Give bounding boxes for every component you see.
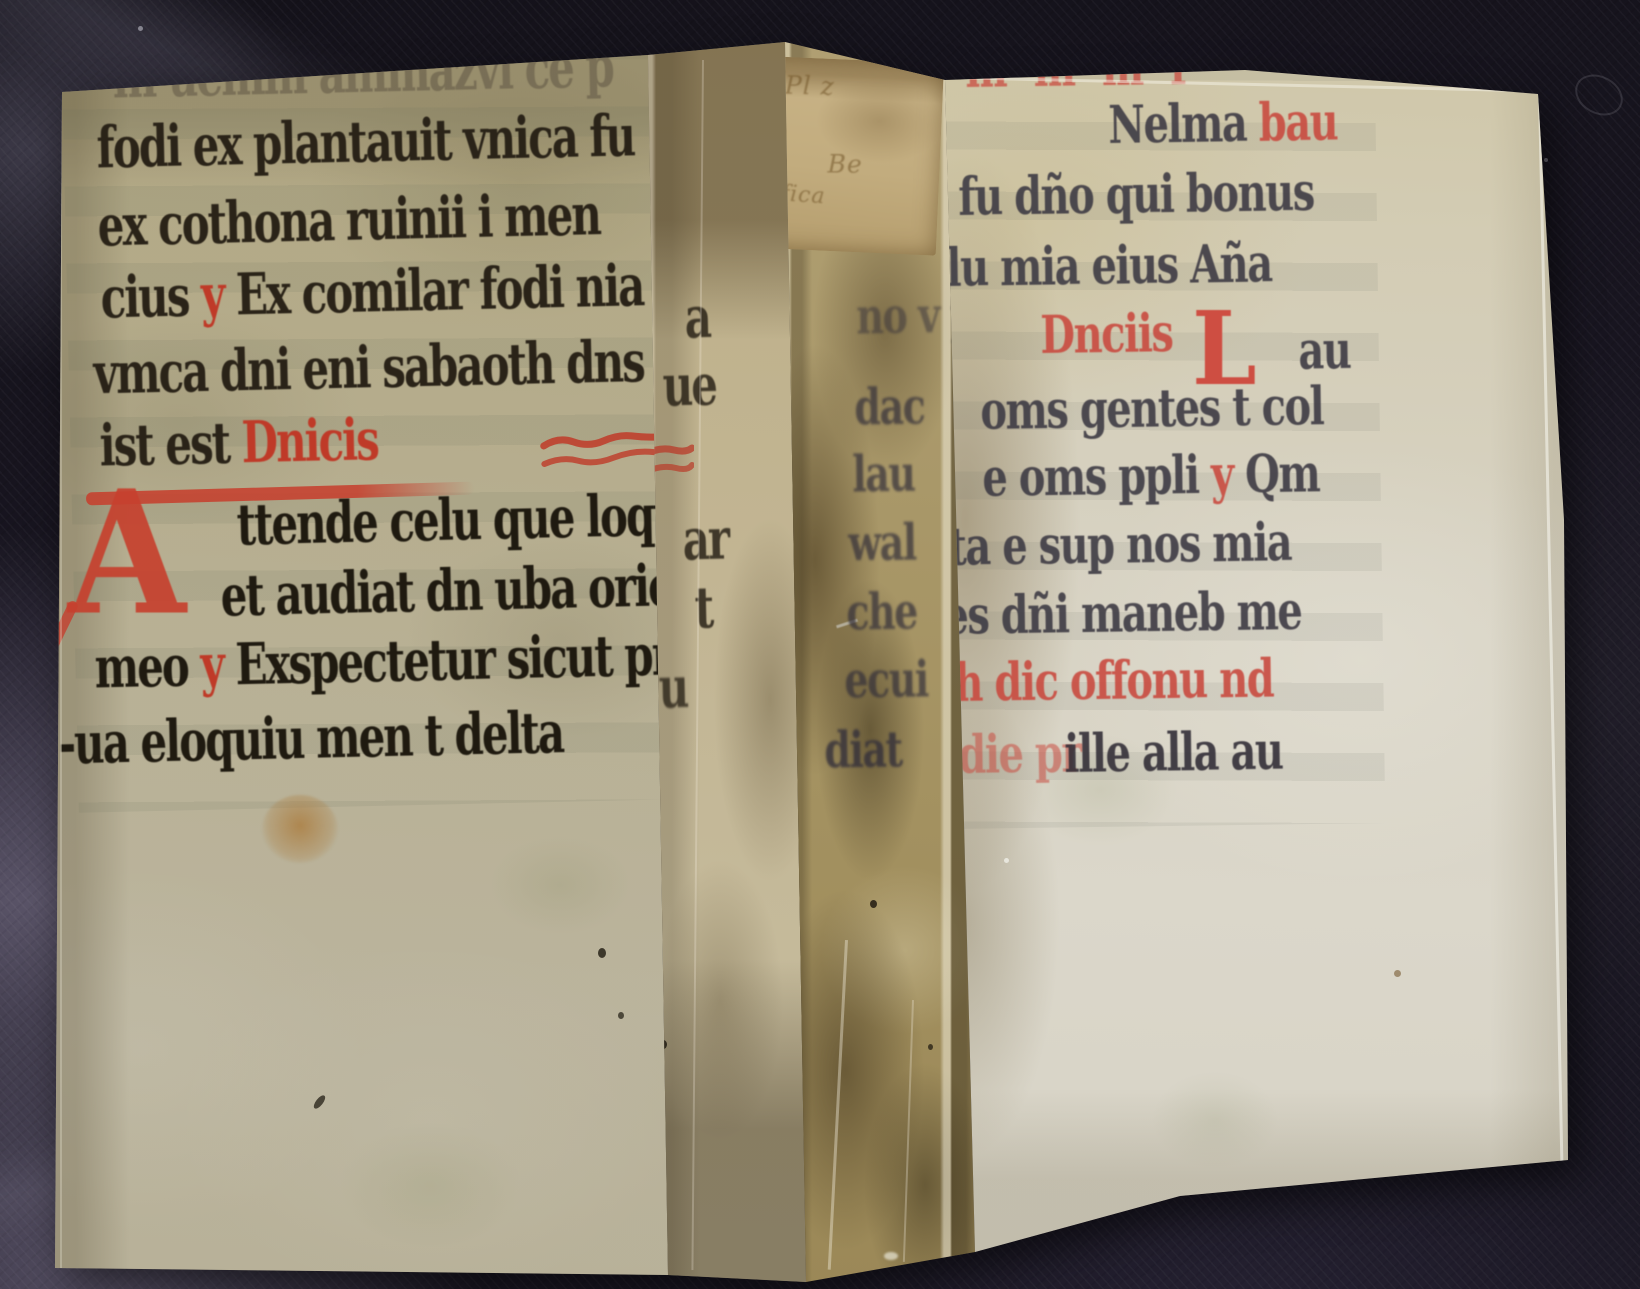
line-text: Ex comilar fodi nia xyxy=(223,252,644,328)
rubric-flourish xyxy=(539,424,661,480)
line-text: e oms ppli xyxy=(982,445,1211,509)
initial-letter: A xyxy=(68,452,186,652)
front-text-line: m uemm ammazvi ce p xyxy=(112,39,613,107)
line-text: es dñi maneb me xyxy=(943,581,1302,647)
wrapped-letter-fragment: u xyxy=(658,659,688,716)
versicle-mark: y xyxy=(200,632,224,699)
photo-of-manuscript-bound-book: m uemm ammazvi ce p fodi ex plantauit vn… xyxy=(0,0,1640,1289)
line-text: Dnciis xyxy=(1040,303,1173,366)
gutter-fragment: diat xyxy=(824,725,902,775)
line-text: ta e sup nos mia xyxy=(948,512,1292,578)
versicle-mark: y xyxy=(1210,444,1233,505)
line-text: vmca dni eni sabaoth dns xyxy=(93,328,644,407)
fragment-text: diat xyxy=(824,720,902,780)
ink-speck xyxy=(312,1094,327,1111)
fragment-text: ar xyxy=(682,506,729,573)
wrapped-letter-fragment: ar xyxy=(682,511,729,569)
rubric-word: Dnicis xyxy=(241,406,379,475)
back-text-line: ille alla au xyxy=(1064,726,1283,781)
back-text-line: Nelma bau xyxy=(1108,97,1338,152)
line-text: ex cothona ruinii i men xyxy=(97,181,601,259)
fragment-text: ue xyxy=(662,351,717,418)
line-text: Nelma xyxy=(1108,93,1259,156)
light-speck xyxy=(1004,858,1009,863)
gutter-fragment: wal xyxy=(848,518,916,568)
line-text: fu dño qui bonus xyxy=(958,162,1314,228)
front-text-line: et audiat dn uba orie t xyxy=(220,557,703,625)
line-text: m m m r xyxy=(965,36,1198,100)
fragment-text: lau xyxy=(852,444,915,503)
front-text-line: -ua eloquiu men t delta xyxy=(58,705,564,773)
line-text: fodi ex plantauit vnica fu xyxy=(96,102,635,180)
back-text-line: es dñi maneb me xyxy=(943,586,1302,643)
fragment-text: ecui xyxy=(844,650,928,710)
line-text: cius xyxy=(100,262,202,330)
back-text-line: au xyxy=(1298,325,1351,378)
line-text: -ua eloquiu men t delta xyxy=(58,699,564,777)
line-text: ille alla au xyxy=(1064,721,1283,785)
back-text-line: m m m r xyxy=(965,41,1198,96)
line-text: oms gentes t col xyxy=(980,376,1324,442)
rubric-word: Dnciis xyxy=(1040,308,1173,362)
ink-speck xyxy=(618,1012,624,1019)
line-text: Exspectetur sicut pn xyxy=(222,621,681,698)
back-text-line: h dic offonu nd xyxy=(954,654,1274,710)
stain-speck xyxy=(1394,970,1401,977)
versicle-mark: y xyxy=(200,262,224,329)
line-text: h dic offonu nd xyxy=(954,648,1274,714)
fragment-text: wal xyxy=(848,513,916,572)
rubric-word: bau xyxy=(1258,92,1337,154)
brown-stain xyxy=(262,795,338,863)
gutter-fragment: che xyxy=(846,587,917,637)
line-text: die pr xyxy=(958,723,1081,786)
ink-speck xyxy=(598,948,606,958)
front-text-line: fodi ex plantauit vnica fu xyxy=(96,108,635,177)
rubric-flourish-continuation xyxy=(648,440,694,482)
line-text: m uemm ammazvi ce p xyxy=(112,33,614,110)
back-text-line: die pr xyxy=(958,728,1081,782)
vellum-bound-book: m uemm ammazvi ce p fodi ex plantauit vn… xyxy=(0,0,1640,1289)
line-text: et audiat dn uba orie t xyxy=(220,552,704,629)
cover-edge-highlight xyxy=(1538,94,1563,1162)
back-text-line: oms gentes t col xyxy=(980,381,1324,438)
wrapped-letter-fragment: ue xyxy=(662,357,717,415)
gutter-fragment: ecui xyxy=(844,655,928,706)
gutter-fragment: dac xyxy=(854,382,925,432)
back-text-line: fu dño qui bonus xyxy=(958,167,1314,224)
vellum-crease xyxy=(691,60,704,1270)
front-text-line: ex cothona ruinii i men xyxy=(97,187,600,255)
back-text-line: e oms ppli y Qm xyxy=(982,448,1320,505)
back-text-line: lu mia eius Aña xyxy=(946,238,1272,295)
front-text-line: cius y Ex comilar fodi nia xyxy=(100,258,644,327)
line-text: Qm xyxy=(1232,443,1319,505)
cover-edge-highlight xyxy=(60,94,62,1268)
fragment-text: a xyxy=(684,284,711,351)
fragment-text: che xyxy=(846,582,917,641)
back-text-line: ta e sup nos mia xyxy=(948,517,1292,574)
fragment-text: dac xyxy=(854,377,925,436)
line-text: au xyxy=(1298,320,1351,382)
front-text-line: vmca dni eni sabaoth dns xyxy=(93,334,644,403)
wrapped-letter-fragment: a xyxy=(684,289,710,346)
gutter-fragment: lau xyxy=(852,449,915,499)
fragment-text: u xyxy=(658,654,688,721)
